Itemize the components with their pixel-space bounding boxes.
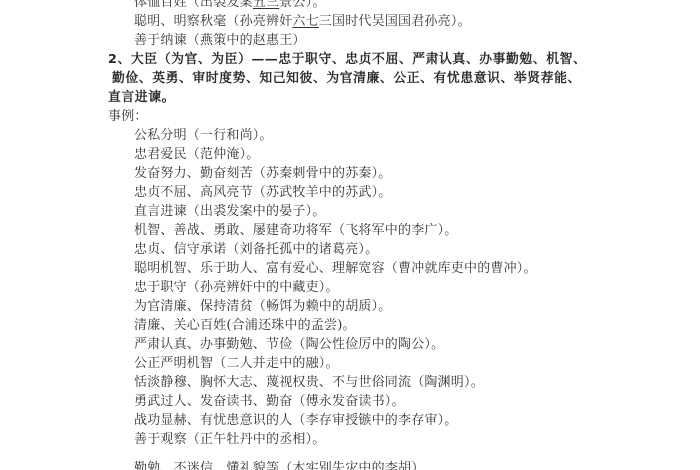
example-line: 忠贞、信守承诺（刘备托孤中的诸葛亮）。 bbox=[134, 241, 378, 259]
example-line: 严肃认真、办事勤勉、节俭（陶公性俭厉中的陶公）。 bbox=[134, 336, 444, 354]
example-line: 直言进谏（出裘发案中的晏子）。 bbox=[134, 203, 326, 221]
example-line: 公正严明机智（二人并走中的融）。 bbox=[134, 355, 339, 373]
example-line: 聪明、明察秋毫（孙亮辨奸六七三国时代吴国国君孙亮）。 bbox=[134, 13, 471, 31]
example-line: 勇武过人、发奋读书、勤奋（傅永发奋读书）。 bbox=[134, 393, 405, 411]
example-line: 发奋努力、勤奋刻苦（苏秦刺骨中的苏秦）。 bbox=[134, 165, 392, 183]
example-line: 忠于职守（孙亮辨奸中的中藏吏）。 bbox=[134, 279, 339, 297]
example-line: 忠君爱民（范仲淹）。 bbox=[134, 146, 260, 164]
example-text: 三国时代吴国国君孙亮）。 bbox=[319, 14, 471, 29]
example-line: 善于纳谏（燕策中的赵惠王） bbox=[134, 32, 306, 50]
example-text: 景公）。 bbox=[279, 0, 325, 10]
example-text: 善于纳谏（燕策中的赵惠王） bbox=[134, 33, 306, 48]
example-text: 体恤百姓（出裘发案 bbox=[134, 0, 253, 10]
example-line: 忠贞不屈、高风亮节（苏武牧羊中的苏武）。 bbox=[134, 184, 392, 202]
example-line: 善于观察（正午牡丹中的丞相）。 bbox=[134, 431, 326, 449]
section-heading-end: 直言进谏。 bbox=[108, 89, 175, 107]
example-line: 清廉、关心百姓(合浦还珠中的孟尝)。 bbox=[134, 317, 356, 335]
example-line: 勤勉、不迷信、懂礼貌等（木实别失灾中的李胡） bbox=[134, 460, 424, 470]
examples-label: 事例： bbox=[108, 108, 148, 126]
example-line: 机智、善战、勇敢、屡建奇功将军（飞将军中的李广）。 bbox=[134, 222, 458, 240]
section-heading-continued: 勤俭、英勇、审时度势、知己知彼、为官清廉、公正、有忧患意识、举贤荐能、 bbox=[112, 70, 581, 88]
example-line: 为官清廉、保持清贫（畅饵为赖中的胡质）。 bbox=[134, 298, 392, 316]
example-text: 聪明、明察秋毫（孙亮辨奸 bbox=[134, 14, 292, 29]
example-line: 战功显赫、有忧患意识的人（李存审授镞中的李存审）。 bbox=[134, 412, 458, 430]
example-line: 公私分明（一行和尚）。 bbox=[134, 127, 273, 145]
example-line: 聪明机智、乐于助人、富有爱心、理解宽容（曹冲就库吏中的曹冲）。 bbox=[134, 260, 537, 278]
underlined-text: 六七 bbox=[292, 14, 318, 29]
example-line: 体恤百姓（出裘发案五三景公）。 bbox=[134, 0, 326, 12]
section-heading: 2、大臣（为官、为臣）——忠于职守、忠贞不屈、严肃认真、办事勤勉、机智、 bbox=[108, 51, 586, 69]
underlined-text: 五三 bbox=[253, 0, 279, 10]
example-line: 恬淡静穆、胸怀大志、蔑视权贵、不与世俗同流（陶渊明）。 bbox=[134, 374, 484, 392]
